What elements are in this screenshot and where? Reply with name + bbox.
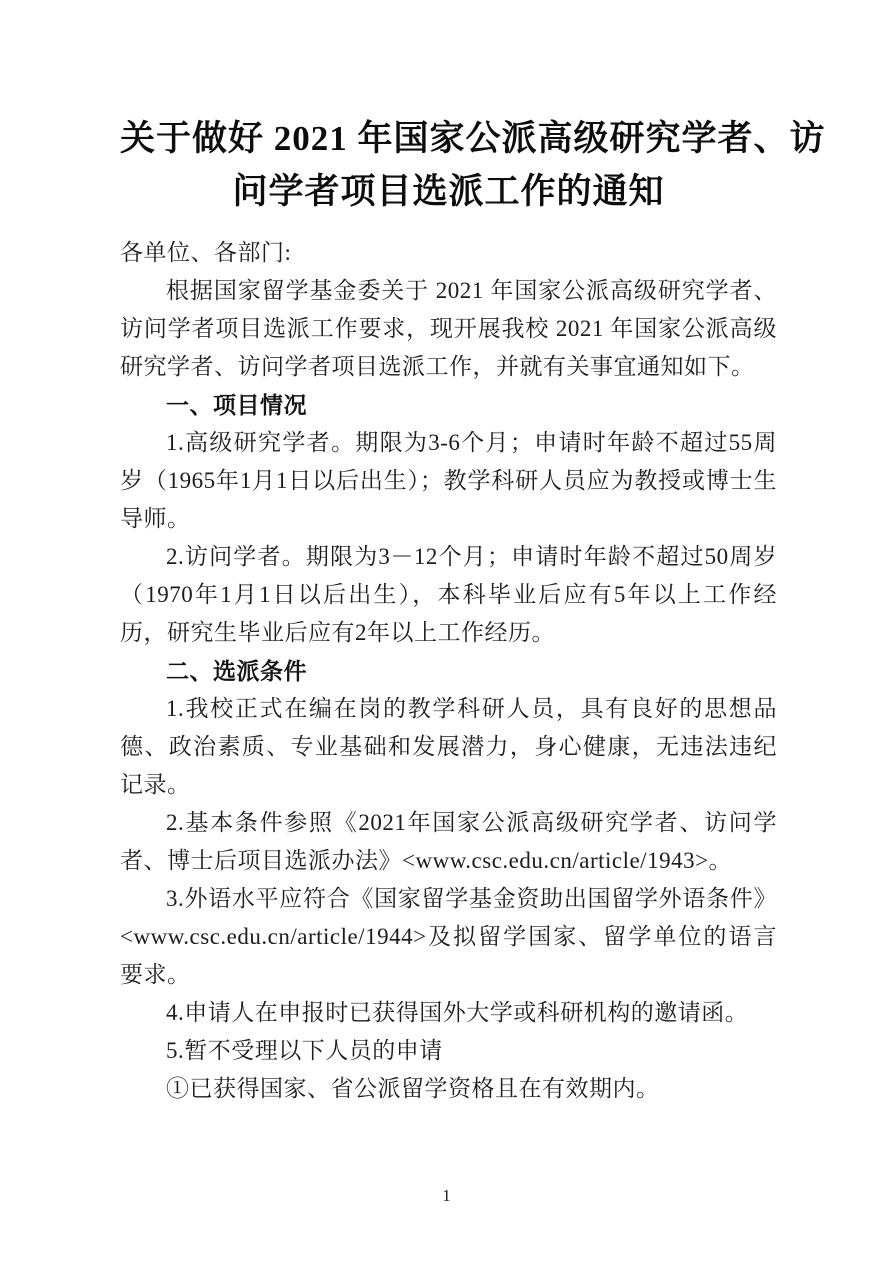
- paragraph-intro: 根据国家留学基金委关于 2021 年国家公派高级研究学者、访问学者项目选派工作要…: [120, 272, 777, 386]
- paragraph-criteria-1: 1.我校正式在编在岗的教学科研人员，具有良好的思想品德、政治素质、专业基础和发展…: [120, 690, 777, 804]
- section-heading-selection-criteria: 二、选派条件: [120, 652, 777, 690]
- paragraph-criteria-5: 5.暂不受理以下人员的申请: [120, 1032, 777, 1070]
- document-page: 关于做好 2021 年国家公派高级研究学者、访 问学者项目选派工作的通知 各单位…: [0, 0, 893, 1263]
- paragraph-criteria-5-item-1: ①已获得国家、省公派留学资格且在有效期内。: [120, 1070, 777, 1108]
- paragraph-visiting-scholar: 2.访问学者。期限为3－12个月；申请时年龄不超过50周岁（1970年1月1日以…: [120, 538, 777, 652]
- page-number: 1: [0, 1186, 893, 1206]
- salutation: 各单位、各部门:: [120, 234, 777, 272]
- document-content: 关于做好 2021 年国家公派高级研究学者、访 问学者项目选派工作的通知 各单位…: [120, 112, 777, 1108]
- section-heading-project-overview: 一、项目情况: [120, 386, 777, 424]
- paragraph-criteria-2: 2.基本条件参照《2021年国家公派高级研究学者、访问学者、博士后项目选派办法》…: [120, 804, 777, 880]
- document-title-line-1: 关于做好 2021 年国家公派高级研究学者、访: [120, 112, 777, 165]
- document-title-line-2: 问学者项目选派工作的通知: [120, 165, 777, 218]
- paragraph-senior-scholar: 1.高级研究学者。期限为3-6个月；申请时年龄不超过55周岁（1965年1月1日…: [120, 424, 777, 538]
- paragraph-criteria-4: 4.申请人在申报时已获得国外大学或科研机构的邀请函。: [120, 994, 777, 1032]
- paragraph-criteria-3: 3.外语水平应符合《国家留学基金资助出国留学外语条件》<www.csc.edu.…: [120, 880, 777, 994]
- document-title: 关于做好 2021 年国家公派高级研究学者、访 问学者项目选派工作的通知: [120, 112, 777, 218]
